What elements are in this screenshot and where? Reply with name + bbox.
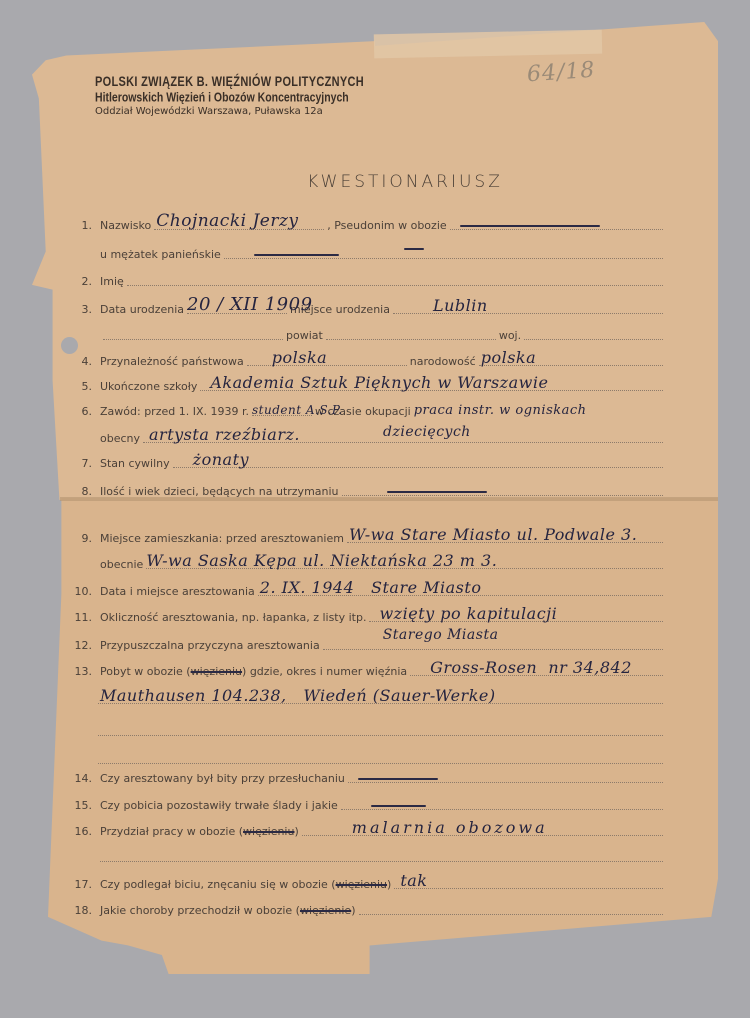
- field-camp-stay: 13. Pobyt w obozie (więzieniu) gdzie, ok…: [100, 660, 666, 680]
- surname-value-line: Chojnacki Jerzy: [154, 229, 324, 230]
- field-marital-status: 7. Stan cywilny żonaty: [100, 452, 666, 472]
- field-first-name: 2. Imię: [100, 270, 666, 290]
- letterhead: POLSKI ZWIĄZEK B. WIĘŹNIÓW POLITYCZNYCH …: [95, 76, 364, 117]
- field-occupation-current: obecny artysta rzeźbiarz.dziecięcych: [100, 427, 666, 447]
- field-lasting-injuries: 15. Czy pobicia pozostawiły trwałe ślady…: [100, 794, 666, 814]
- field-arrest-reason: 12. Przypuszczalna przyczyna aresztowani…: [100, 634, 666, 654]
- paper-fold: [374, 30, 602, 59]
- field-residence-before: 9. Miejsce zamieszkania: przed aresztowa…: [100, 527, 666, 547]
- field-surname: 1. Nazwisko Chojnacki Jerzy , Pseudonim …: [100, 214, 666, 234]
- letterhead-address: Oddział Wojewódzki Warszawa, Puławska 12…: [95, 106, 364, 117]
- field-birth-district: powiat woj.: [100, 324, 666, 344]
- punch-hole: [61, 337, 78, 354]
- pseudonym-value-line: [450, 229, 663, 230]
- field-camp-work: 16. Przydział pracy w obozie (więzieniu)…: [100, 820, 666, 840]
- letterhead-subtitle: Hitlerowskich Więzień i Obozów Koncentra…: [95, 91, 364, 105]
- field-schools: 5. Ukończone szkoły Akademia Sztuk Piękn…: [100, 375, 666, 395]
- field-camp-abuse: 17. Czy podlegał biciu, znęcaniu się w o…: [100, 873, 666, 893]
- field-camp-illnesses: 18. Jakie choroby przechodził w obozie (…: [100, 899, 666, 919]
- field-maiden-name: u mężatek panieńskie: [100, 243, 666, 263]
- field-beaten-interrogation: 14. Czy aresztowany był bity przy przesł…: [100, 767, 666, 787]
- form-title: KWESTIONARIUSZ: [0, 172, 750, 192]
- letterhead-org: POLSKI ZWIĄZEK B. WIĘŹNIÓW POLITYCZNYCH: [95, 75, 364, 90]
- field-arrest-date-place: 10. Data i miejsce aresztowania 2. IX. 1…: [100, 580, 666, 600]
- field-citizenship: 4. Przynależność państwowa polska narodo…: [100, 350, 666, 370]
- archive-pencil-note: 64/18: [526, 58, 596, 88]
- field-camp-stay-cont: Mauthausen 104.238, Wiedeń (Sauer-Werke): [98, 688, 666, 708]
- field-residence-current: obecnie W-wa Saska Kępa ul. Niektańska 2…: [100, 553, 666, 573]
- field-arrest-circumstances: 11. Okliczność aresztowania, np. łapanka…: [100, 606, 666, 626]
- field-birth: 3. Data urodzenia 20 / XII 1909 miejsce …: [100, 298, 666, 318]
- field-children: 8. Ilość i wiek dzieci, będących na utrz…: [100, 480, 666, 500]
- field-occupation: 6. Zawód: przed 1. IX. 1939 r. student A…: [100, 400, 666, 420]
